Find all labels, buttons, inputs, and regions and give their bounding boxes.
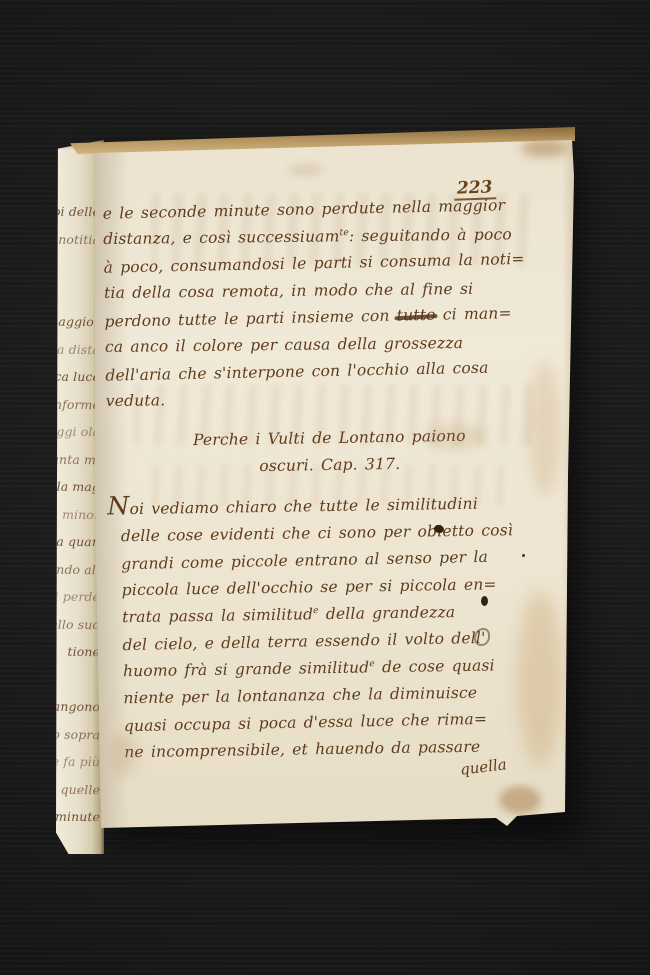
paragraph-2: Noi vediamo chiaro che tutte le similitu… [107,489,557,766]
manuscript-photo: ti de corpi dellerca la notitia anno di … [0,0,650,975]
facing-page-fragment [56,253,100,281]
manuscript-page: 223 e le seconde minute sono perdute nel… [93,136,575,830]
facing-page-fragment: minuta dello suo [56,610,100,638]
chapter-heading-line2: oscuri. Cap. 317. [107,449,553,483]
facing-page-fragment: si cancellino sopra [56,720,100,748]
abbreviation-superscript: e [313,606,319,616]
facing-page-fragment: più si rimangono [56,693,100,721]
facing-page-fragment: notta della mag [56,473,100,501]
facing-page-fragment: ti de corpi delle [56,198,100,226]
struck-word: tutto [397,306,436,325]
facing-page-fragment: che le maggi ola [56,418,100,446]
facing-page-fragment: ella sono da minor [56,500,100,528]
facing-page-fragment: omo, e quasi si perde [56,583,100,611]
facing-page-fragment: rca la notitia [56,225,100,253]
facing-page-fragment: cade per che quelle [56,775,100,803]
facing-page-fragment: a la poca luce [56,363,100,391]
facing-page-fragment: che quando la quan [56,528,100,556]
facing-page-fragment: distanza conforme [56,390,100,418]
facing-page-fragment [56,280,100,308]
paragraph-1: e le seconde minute sono perdute nella m… [103,193,552,416]
facing-page-fragment: anno di maggior [56,308,100,336]
facing-page-fragment: gli per lunga dista [56,335,100,363]
abbreviation-superscript: e [369,659,375,669]
facing-page-fragment: sono di tanta mi [56,445,100,473]
facing-page-fragment: che sono più minute [56,803,100,831]
facing-page-fragment: ta, la quale fa più [56,748,100,776]
chapter-heading: Perche i Vulti de Lontano paiono oscuri.… [106,422,553,483]
drop-initial: N [107,491,130,520]
corner-stain [499,786,541,814]
facing-page-fragment: tione [56,638,100,666]
manuscript-text-block: e le seconde minute sono perdute nella m… [103,193,558,767]
corner-stain [521,139,569,157]
facing-page-fragment: distanza essendo all [56,555,100,583]
foxing-stain [289,164,323,176]
facing-page-fragment [56,665,100,693]
abbreviation-superscript: te [339,228,348,238]
manuscript-line: veduta. [106,383,552,415]
